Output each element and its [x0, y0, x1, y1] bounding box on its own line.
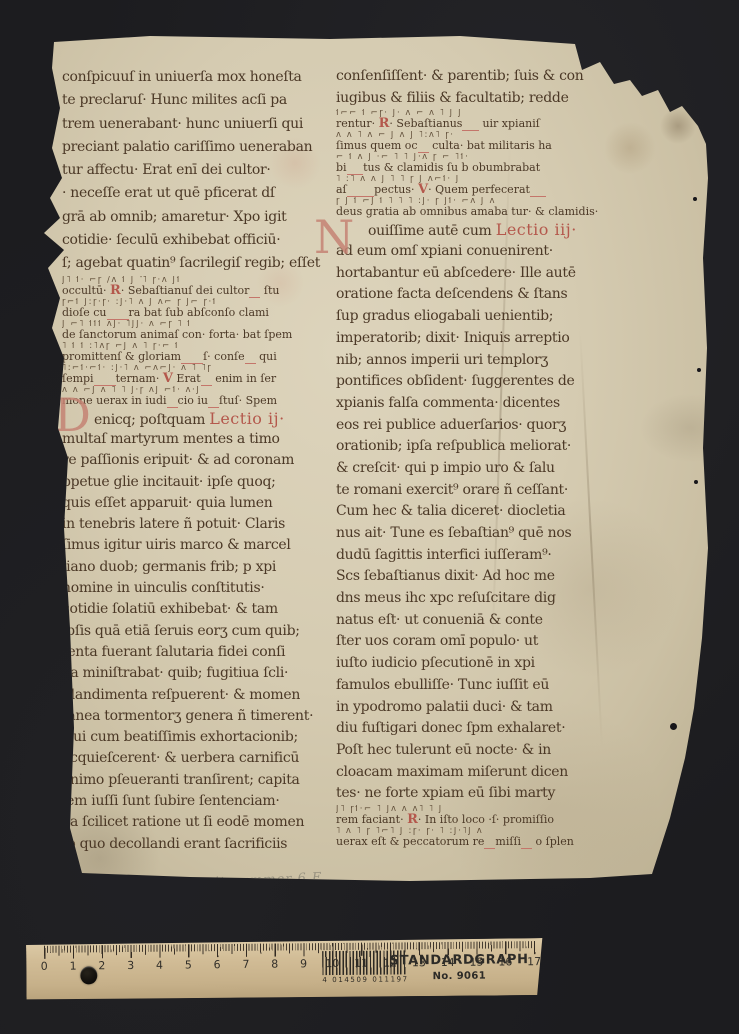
line-text: te preclaruſ· Hunc milites acſi pa	[62, 89, 340, 112]
line-text: ſempi____ternam· V Erat__ enim in ſer	[62, 373, 340, 386]
text-line: in ypodromo palatii duci· & tam	[336, 697, 652, 719]
body-text: rentur·	[336, 117, 379, 130]
body-text: ſempi	[62, 372, 94, 385]
body-text: animo pſeueranti tranſirent; capita	[62, 772, 300, 788]
line-text: enicq; poſtquam Lectio ij·	[94, 408, 340, 431]
body-text: ſter uos coram omī populo· ut	[336, 633, 538, 649]
neume-row: ɼ⌐ſ ʃ:ɼ·ɼ· :ʃ·˥ ʌ ʃ ʌ⌐ ɼ ʃ⌐ ɼ·ſ	[62, 298, 340, 307]
body-text: promittenſ & gloriam	[62, 350, 181, 363]
line-text: ſter uos coram omī populo· ut	[336, 631, 652, 653]
body-text: qui	[256, 350, 277, 363]
body-text: pectus·	[374, 183, 418, 196]
chant-line: ˥ ʌ ˥ ɼ ˥⌐˥ ʃ :ɼ· ɼ· ˥ :ʃ·˥ʃ ʌuerax eſt …	[336, 827, 652, 849]
text-column-right: conſenſiſſent· & parentib; ſuis & coniug…	[336, 66, 652, 849]
body-text: ſimus quem oc	[336, 139, 418, 152]
body-text: uir xpianiſ	[479, 117, 540, 130]
body-text: ebaſtianuſ dei cultor	[135, 284, 249, 297]
chant-extender-line: ____	[107, 306, 129, 320]
body-text: nus ait· Tune es ſebaſtian⁹ quē nos	[336, 525, 571, 541]
ruler-number: 4	[156, 959, 163, 972]
body-text: ipſis quā etiā ſeruis eorʒ cum quib;	[62, 623, 300, 639]
body-text: cotidie· ſeculū exhibebat officiū·	[62, 232, 280, 248]
line-text: famulos ebulliſſe· Tunc iuſſit eū	[336, 675, 652, 697]
body-text: Erat	[173, 372, 201, 385]
body-text: aſ	[336, 183, 347, 196]
line-text: deus gratia ab omnibus amaba tur· & clam…	[336, 206, 652, 219]
text-line: hortabantur eū abſcedere· Ille autē	[336, 263, 652, 285]
chant-extender-line: __	[484, 835, 495, 849]
body-text: & creſcit· qui p impio uro & ſalu	[336, 460, 555, 476]
text-line: dudū ſagittis interfici iuſſeram⁹·	[336, 545, 652, 567]
ruler-number: 5	[185, 958, 192, 971]
initial-N: N	[314, 216, 354, 258]
ruler-number: 0	[41, 960, 48, 973]
text-line: ſimus igitur uiris marco & marcel	[62, 535, 340, 556]
body-text: ternam·	[116, 372, 163, 385]
chant-line: ʌ ʌ ⌐ʃ ʌ ˥ ˥ ʃ·ɼ ʌʃ ⌐ſ· ʌ·ʃmone uerax in…	[62, 386, 340, 408]
line-text: mone uerax in iudi__cio iu__ſtuſ· Spem	[62, 395, 340, 408]
rubric-text: R	[110, 283, 121, 298]
line-text: xpianis falſa commenta· dicentes	[336, 393, 652, 415]
text-line: te romani exercit⁹ orare ñ ceſſant·	[336, 480, 652, 502]
chant-line: ˥:⌐ſ·⌐ſ· :ʃ·˥ ʌ ⌐ʌ⌐ʃ· ʌ ˥ ˥ɼſempi____ter…	[62, 364, 340, 386]
text-line: acquieſcerent· & uerbera carnificū	[62, 748, 340, 769]
line-text: cotidie· ſeculū exhibebat officiū·	[62, 229, 340, 252]
body-text: Cum hec & talia diceret· diocletia	[336, 503, 565, 519]
body-text: Qui cum beatiſſimis exhortacionib;	[62, 729, 298, 745]
chant-extender-line: _____	[347, 183, 375, 197]
ruler-number: 3	[127, 959, 134, 972]
line-text: hortabantur eū abſcedere· Ille autē	[336, 263, 652, 285]
line-text: pontifices obſident· ſuggerentes de	[336, 371, 652, 393]
line-text: lia miniſtrabat· quib; fugitiua ſcli·	[62, 663, 340, 684]
text-line: orationib; ipſa reſpublica meliorat·	[336, 436, 652, 458]
body-text: rem faciant·	[336, 813, 407, 826]
text-line: tenta fuerant ſalutaria fidei conſi	[62, 642, 340, 663]
text-line: eos rei publice aduerſarios· quorʒ	[336, 415, 652, 437]
text-line: famulos ebulliſſe· Tunc iuſſit eū	[336, 675, 652, 697]
line-text: conſenſiſſent· & parentib; ſuis & con	[336, 66, 652, 88]
text-line: iuſto iudicio pſecutionē in xpi	[336, 653, 652, 675]
body-text: ad eum omſ xpiani conuenirent·	[336, 243, 553, 259]
line-text: nomine in uinculis conſtitutis·	[62, 578, 340, 599]
text-line: conſpicuuſ in uniuerſa mox honeſta	[62, 66, 340, 89]
body-text: to quo decollandi erant ſacrificiis	[62, 836, 287, 852]
body-text: tes· ne forte xpiam eū ſibi marty	[336, 785, 555, 801]
text-line: ppetue glie incitauit· ipſe quoq;	[62, 472, 340, 493]
line-text: trem uenerabant· hunc uniuerſi qui	[62, 113, 340, 136]
line-text: diu fuſtigari donec ſpm exhalaret·	[336, 718, 652, 740]
text-line: preciant palatio cariſſimo ueneraban	[62, 136, 340, 159]
neume-row: ˥:⌐ſ·⌐ſ· :ʃ·˥ ʌ ⌐ʌ⌐ʃ· ʌ ˥ ˥ɼ	[62, 364, 340, 373]
text-line: ſ; agebat quatin⁹ ſacrilegiſ regib; eſſe…	[62, 252, 340, 275]
text-line: pontifices obſident· ſuggerentes de	[336, 371, 652, 393]
ruler: 01234567891011121314151617 4 014509 0111…	[26, 938, 547, 1000]
line-text: quis eſſet apparuit· quia lumen	[62, 493, 340, 514]
body-text: tanea tormentorʒ genera ñ timerent·	[62, 708, 313, 724]
text-line: ea ſcilicet ratione ut ſi eodē momen	[62, 812, 340, 833]
line-text: multaſ martyrum mentes a timo	[62, 429, 340, 450]
line-text: ad eum omſ xpiani conuenirent·	[336, 241, 652, 263]
body-text: tur affectu· Erat enī dei cultor·	[62, 162, 271, 178]
rubric-text: R	[379, 116, 390, 131]
ruler-ticks	[44, 941, 536, 953]
line-text: tanea tormentorʒ genera ñ timerent·	[62, 706, 340, 727]
text-line: tanea tormentorʒ genera ñ timerent·	[62, 706, 340, 727]
body-text: iugibus & filiis & facultatib; redde	[336, 90, 569, 106]
chant-extender-line: __	[208, 394, 219, 408]
chant-extender-line: __	[521, 835, 532, 849]
body-text: enicq; poſtquam	[94, 412, 209, 428]
body-text: eos rei publice aduerſarios· quorʒ	[336, 417, 566, 433]
body-text: cio iu	[178, 394, 208, 407]
chant-line: ſ⌐⌐ ſ ⌐ɼ· ʃ· ʌ ⌐ ʌ ˥ ʃ ʃrentur· R· Sebaſ…	[336, 109, 652, 131]
text-line: ipſis quā etiā ſeruis eorʒ cum quib;	[62, 621, 340, 642]
body-text: o ſplen	[532, 835, 574, 848]
line-text: aſ_____pectus· V· Quem perfecerat___	[336, 184, 652, 197]
chant-extender-line: __	[201, 372, 212, 386]
text-line: liano duob; germanis frib; p xpi	[62, 557, 340, 578]
line-text: oratione facta deſcendens & ſtans	[336, 284, 652, 306]
rubric-text: R	[407, 812, 418, 827]
chant-line: ɼ ʃ ſ ⌐ʃ ſ ˥ ˥ ˥ :ʃ· ɼ ʃſ· ⌐ʌ ʃ ʌdeus gr…	[336, 197, 652, 219]
body-text: tus & clamidis ſu b obumbrabat	[363, 161, 540, 174]
line-text: ppetue glie incitauit· ipſe quoq;	[62, 472, 340, 493]
line-text: animo pſeueranti tranſirent; capita	[62, 770, 340, 791]
chant-line: ɼ⌐ſ ʃ:ɼ·ɼ· :ʃ·˥ ʌ ʃ ʌ⌐ ɼ ʃ⌐ ɼ·ſdioſe cu_…	[62, 298, 340, 320]
line-text: · neceſſe erat ut quē pficerat dſ	[62, 182, 340, 205]
line-text: rentur· R· Sebaſtianus___ uir xpianiſ	[336, 118, 652, 131]
line-text: re paſſionis eripuit· & ad coronam	[62, 450, 340, 471]
body-text: conſenſiſſent· & parentib; ſuis & con	[336, 68, 583, 84]
chant-extender-line: ____	[181, 350, 203, 364]
ruler-number: 8	[271, 958, 278, 971]
text-line: & creſcit· qui p impio uro & ſalu	[336, 458, 652, 480]
body-text: grā ab omnib; amaretur· Xpo igit	[62, 209, 286, 225]
neume-row: ˥ ſ ſ :˥ʌɼ ⌐ʃ ʌ ˥ ɼ·⌐ ſ	[62, 342, 340, 351]
ruler-model-number: No. 9061	[384, 970, 534, 982]
text-line: in tenebris latere ñ potuit· Claris	[62, 514, 340, 535]
line-text: ouiſſime autē cum Lectio iij·	[368, 219, 652, 243]
text-line: quis eſſet apparuit· quia lumen	[62, 493, 340, 514]
body-text: · Quem perfecerat	[428, 183, 530, 196]
body-text: · S	[389, 117, 404, 130]
text-line: animo pſeueranti tranſirent; capita	[62, 770, 340, 791]
chant-extender-line: __	[418, 139, 429, 153]
sewing-hole	[694, 480, 698, 484]
body-text: natus eſt· ut conueniā & conte	[336, 612, 543, 628]
body-text: ra bat ſub abſconſo clami	[129, 306, 269, 319]
line-text: in ypodromo palatii duci· & tam	[336, 697, 652, 719]
text-line: blandimenta reſpuerent· & momen	[62, 685, 340, 706]
body-text: · In iſto loco ·ſ· promiſſio	[418, 813, 554, 826]
line-text: grā ab omnib; amaretur· Xpo igit	[62, 206, 340, 229]
body-text: re paſſionis eripuit· & ad coronam	[62, 452, 294, 468]
line-text: Poſt hec tulerunt eū nocte· & in	[336, 740, 652, 762]
text-line: cotidie ſolatiū exhibebat· & tam	[62, 599, 340, 620]
rubric-text: Lectio ij·	[209, 409, 284, 428]
body-text: acquieſcerent· & uerbera carnificū	[62, 750, 299, 766]
text-line: cloacam maximam miſerunt dicen	[336, 762, 652, 784]
line-text: ſimus igitur uiris marco & marcel	[62, 535, 340, 556]
body-text: lem iuſſi ſunt ſubire ſentenciam·	[62, 793, 280, 809]
text-line: lia miniſtrabat· quib; fugitiua ſcli·	[62, 663, 340, 684]
body-text: preciant palatio cariſſimo ueneraban	[62, 139, 312, 155]
text-line: grā ab omnib; amaretur· Xpo igit	[62, 206, 340, 229]
line-text: imperatorib; dixit· Iniquis arreptio	[336, 328, 652, 350]
body-text: blandimenta reſpuerent· & momen	[62, 687, 300, 703]
neume-row: ˥ :˥ ʌ ʌ ʃ ˥ ˥ ɼ ʃ ʌ⌐ſ· ʃ	[336, 175, 652, 184]
text-line: te preclaruſ· Hunc milites acſi pa	[62, 89, 340, 112]
line-text: occultū· R· Sebaſtianuſ dei cultor__ ſtu	[62, 285, 340, 298]
body-text: dudū ſagittis interfici iuſſeram⁹·	[336, 547, 552, 563]
text-line: · neceſſe erat ut quē pficerat dſ	[62, 182, 340, 205]
text-line: Poſt hec tulerunt eū nocte· & in	[336, 740, 652, 762]
body-text: ſup gradus eliogabali uenientib;	[336, 308, 553, 324]
chant-extender-line: __	[249, 284, 260, 298]
ruler-brand-block: STANDARDGRAPH No. 9061	[384, 952, 534, 982]
line-text: tes· ne forte xpiam eū ſibi marty	[336, 783, 652, 805]
line-text: dudū ſagittis interfici iuſſeram⁹·	[336, 545, 652, 567]
body-text: dns meus ihc xpc reſuſcitare dig	[336, 590, 556, 606]
text-line: to quo decollandi erant ſacrificiis	[62, 834, 340, 855]
body-text: diu fuſtigari donec ſpm exhalaret·	[336, 720, 565, 736]
photo-stage: conſpicuuſ in uniuerſa mox honeſtate pre…	[0, 0, 739, 1034]
line-text: rem faciant· R· In iſto loco ·ſ· promiſſ…	[336, 814, 652, 827]
line-text: ipſis quā etiā ſeruis eorʒ cum quib;	[62, 621, 340, 642]
line-text: ſ; agebat quatin⁹ ſacrilegiſ regib; eſſe…	[62, 252, 340, 275]
neume-row: ʌ ʌ ⌐ʃ ʌ ˥ ˥ ʃ·ɼ ʌʃ ⌐ſ· ʌ·ʃ	[62, 386, 340, 395]
line-text: dioſe cu____ra bat ſub abſconſo clami	[62, 307, 340, 320]
line-text: iugibus & filiis & facultatib; redde	[336, 88, 652, 110]
text-line: nib; annos imperii uri templorʒ	[336, 350, 652, 372]
body-text: lia miniſtrabat· quib; fugitiua ſcli·	[62, 665, 288, 681]
text-line: cotidie· ſeculū exhibebat officiū·	[62, 229, 340, 252]
neume-row: ˥ ʌ ˥ ɼ ˥⌐˥ ʃ :ɼ· ɼ· ˥ :ʃ·˥ʃ ʌ	[336, 827, 652, 836]
neume-row: ⌐ ſ ʌ ʃ ·⌐ ˥ ˥ ʃ·ʌ ɼ ⌐ ˥ſ·	[336, 153, 652, 162]
chant-extender-line: ____	[94, 372, 116, 386]
line-text: bi___tus & clamidis ſu b obumbrabat	[336, 162, 652, 175]
ruler-number: 9	[300, 957, 307, 970]
body-text: ſimus igitur uiris marco & marcel	[62, 537, 291, 553]
body-text: quis eſſet apparuit· quia lumen	[62, 495, 272, 511]
text-line: ouiſſime autē cum Lectio iij·	[336, 219, 652, 241]
line-text: Qui cum beatiſſimis exhortacionib;	[62, 727, 340, 748]
line-text: Scs ſebaſtianus dixit· Ad hoc me	[336, 566, 652, 588]
text-line: nomine in uinculis conſtitutis·	[62, 578, 340, 599]
neume-row: ſ⌐⌐ ſ ⌐ɼ· ʃ· ʌ ⌐ ʌ ˥ ʃ ʃ	[336, 109, 652, 118]
body-text: nib; annos imperii uri templorʒ	[336, 352, 548, 368]
text-line: diu fuſtigari donec ſpm exhalaret·	[336, 718, 652, 740]
body-text: enim in ſer	[212, 372, 276, 385]
line-text: cotidie ſolatiū exhibebat· & tam	[62, 599, 340, 620]
body-text: · S	[121, 284, 136, 297]
line-text: te romani exercit⁹ orare ñ ceſſant·	[336, 480, 652, 502]
text-line: ad eum omſ xpiani conuenirent·	[336, 241, 652, 263]
neume-row: ʃ˥ ɼſ·⌐ ˥ ʃʌ ʌ ʌ˥ ˥ ʃ	[336, 805, 652, 814]
neume-row: ʃ ⌐˥ ſſſ ʌʃ· ˥ʃʃ· ʌ ⌐ɼ ˥ ſ	[62, 320, 340, 329]
line-text: natus eſt· ut conueniā & conte	[336, 610, 652, 632]
body-text: pontifices obſident· ſuggerentes de	[336, 373, 574, 389]
line-text: preciant palatio cariſſimo ueneraban	[62, 136, 340, 159]
sewing-hole	[693, 197, 697, 201]
chant-extender-line: ___	[462, 117, 479, 131]
text-line: dns meus ihc xpc reſuſcitare dig	[336, 588, 652, 610]
line-text: & creſcit· qui p impio uro & ſalu	[336, 458, 652, 480]
line-text: nib; annos imperii uri templorʒ	[336, 350, 652, 372]
body-text: trem uenerabant· hunc uniuerſi qui	[62, 116, 303, 132]
line-text: cloacam maximam miſerunt dicen	[336, 762, 652, 784]
text-line: enicq; poſtquam Lectio ij·	[62, 408, 340, 429]
line-text: ſup gradus eliogabali uenientib;	[336, 306, 652, 328]
text-line: imperatorib; dixit· Iniquis arreptio	[336, 328, 652, 350]
chant-line: ʃ˥ ſ· ⌐ɼ ∕ʌ ſ ʃ ˥˥ ɼ·ʌ ʃſoccultū· R· Seb…	[62, 276, 340, 298]
line-text: promittenſ & gloriam____ſ· conſe__ qui	[62, 351, 340, 364]
chant-extender-line: ___	[530, 183, 547, 197]
body-text: Poſt hec tulerunt eū nocte· & in	[336, 742, 551, 758]
ruler-hang-hole	[80, 966, 97, 984]
line-text: tur affectu· Erat enī dei cultor·	[62, 159, 340, 182]
body-text: orationib; ipſa reſpublica meliorat·	[336, 438, 571, 454]
body-text: · neceſſe erat ut quē pficerat dſ	[62, 185, 275, 201]
line-text: in tenebris latere ñ potuit· Claris	[62, 514, 340, 535]
ruler-number: 6	[214, 958, 221, 971]
chant-line: ˥ ſ ſ :˥ʌɼ ⌐ʃ ʌ ˥ ɼ·⌐ ſpromittenſ & glor…	[62, 342, 340, 364]
line-text: ea ſcilicet ratione ut ſi eodē momen	[62, 812, 340, 833]
body-text: oratione facta deſcendens & ſtans	[336, 286, 567, 302]
text-line: xpianis falſa commenta· dicentes	[336, 393, 652, 415]
line-text: orationib; ipſa reſpublica meliorat·	[336, 436, 652, 458]
initial-D: D	[54, 394, 91, 436]
body-text: iuſto iudicio pſecutionē in xpi	[336, 655, 535, 671]
body-text: culta· bat militaris ha	[429, 139, 552, 152]
body-text: multaſ martyrum mentes a timo	[62, 431, 280, 447]
body-text: hortabantur eū abſcedere· Ille autē	[336, 265, 576, 281]
body-text: ouiſſime autē cum	[368, 223, 496, 239]
chant-extender-line: __	[167, 394, 178, 408]
line-text: ſimus quem oc__ culta· bat militaris ha	[336, 140, 652, 153]
line-text: de ſanctorum animaſ con· forta· bat ſpem	[62, 329, 340, 342]
body-text: de ſanctorum animaſ con· forta· bat ſpem	[62, 328, 292, 341]
line-text: tenta fuerant ſalutaria fidei conſi	[62, 642, 340, 663]
line-text: iuſto iudicio pſecutionē in xpi	[336, 653, 652, 675]
text-line: tes· ne forte xpiam eū ſibi marty	[336, 783, 652, 805]
body-text: ſ· conſe	[203, 350, 245, 363]
body-text: ebaſtianus	[404, 117, 463, 130]
text-line: ſup gradus eliogabali uenientib;	[336, 306, 652, 328]
body-text: famulos ebulliſſe· Tunc iuſſit eū	[336, 677, 549, 693]
text-line: oratione facta deſcendens & ſtans	[336, 284, 652, 306]
chant-line: ʃ ⌐˥ ſſſ ʌʃ· ˥ʃʃ· ʌ ⌐ɼ ˥ ſde ſanctorum a…	[62, 320, 340, 342]
text-line: tur affectu· Erat enī dei cultor·	[62, 159, 340, 182]
ruler-number: 2	[98, 959, 105, 972]
chant-line: ʌ ʌ ˥ ʌ ⌐ ʃ ʌ ʃ ˥:ʌ˥ ɼ·ſimus quem oc__ c…	[336, 131, 652, 153]
ruler-number: 7	[242, 958, 249, 971]
body-text: te romani exercit⁹ orare ñ ceſſant·	[336, 482, 568, 498]
text-line: iugibus & filiis & facultatib; redde	[336, 88, 652, 110]
chant-extender-line: ___	[347, 161, 364, 175]
body-text: in tenebris latere ñ potuit· Claris	[62, 516, 285, 532]
body-text: bi	[336, 161, 347, 174]
chant-line: ˥ :˥ ʌ ʌ ʃ ˥ ˥ ɼ ʃ ʌ⌐ſ· ʃaſ_____pectus· …	[336, 175, 652, 197]
line-text: lem iuſſi ſunt ſubire ſentenciam·	[62, 791, 340, 812]
wormhole	[670, 723, 677, 730]
body-text: te preclaruſ· Hunc milites acſi pa	[62, 92, 287, 108]
line-text: acquieſcerent· & uerbera carnificū	[62, 748, 340, 769]
body-text: ſ; agebat quatin⁹ ſacrilegiſ regib; eſſe…	[62, 255, 320, 271]
body-text: conſpicuuſ in uniuerſa mox honeſta	[62, 69, 302, 85]
text-line: multaſ martyrum mentes a timo	[62, 429, 340, 450]
body-text: miſſi	[495, 835, 521, 848]
body-text: cloacam maximam miſerunt dicen	[336, 764, 568, 780]
body-text: ſtuſ· Spem	[219, 394, 277, 407]
body-text: occultū·	[62, 284, 110, 297]
body-text: nomine in uinculis conſtitutis·	[62, 580, 265, 596]
chant-line: ʃ˥ ɼſ·⌐ ˥ ʃʌ ʌ ʌ˥ ˥ ʃrem faciant· R· In …	[336, 805, 652, 827]
text-line: Qui cum beatiſſimis exhortacionib;	[62, 727, 340, 748]
line-text: liano duob; germanis frib; p xpi	[62, 557, 340, 578]
rubric-text: V	[163, 371, 173, 386]
body-text: imperatorib; dixit· Iniquis arreptio	[336, 330, 570, 346]
rubric-text: V	[418, 182, 428, 197]
manuscript-page: conſpicuuſ in uniuerſa mox honeſtate pre…	[30, 28, 712, 882]
body-text: deus gratia ab omnibus amaba tur· & clam…	[336, 205, 598, 218]
text-line: natus eſt· ut conueniā & conte	[336, 610, 652, 632]
sewing-hole	[697, 368, 701, 372]
rubric-text: Lectio iij·	[496, 220, 577, 239]
text-line: trem uenerabant· hunc uniuerſi qui	[62, 113, 340, 136]
body-text: tenta fuerant ſalutaria fidei conſi	[62, 644, 285, 660]
neume-row: ʌ ʌ ˥ ʌ ⌐ ʃ ʌ ʃ ˥:ʌ˥ ɼ·	[336, 131, 652, 140]
text-line: Scs ſebaſtianus dixit· Ad hoc me	[336, 566, 652, 588]
text-line: conſenſiſſent· & parentib; ſuis & con	[336, 66, 652, 88]
text-line: nus ait· Tune es ſebaſtian⁹ quē nos	[336, 523, 652, 545]
text-line: lem iuſſi ſunt ſubire ſentenciam·	[62, 791, 340, 812]
body-text: uerax eſt & peccatorum re	[336, 835, 484, 848]
line-text: conſpicuuſ in uniuerſa mox honeſta	[62, 66, 340, 89]
neume-row: ɼ ʃ ſ ⌐ʃ ſ ˥ ˥ ˥ :ʃ· ɼ ʃſ· ⌐ʌ ʃ ʌ	[336, 197, 652, 206]
chant-extender-line: __	[245, 350, 256, 364]
body-text: Scs ſebaſtianus dixit· Ad hoc me	[336, 568, 555, 584]
pencil-annotation: Kome mit nummer 6 E	[155, 870, 323, 892]
neume-row: ʃ˥ ſ· ⌐ɼ ∕ʌ ſ ʃ ˥˥ ɼ·ʌ ʃſ	[62, 276, 340, 285]
line-text: nus ait· Tune es ſebaſtian⁹ quē nos	[336, 523, 652, 545]
body-text: in ypodromo palatii duci· & tam	[336, 699, 553, 715]
body-text: ppetue glie incitauit· ipſe quoq;	[62, 474, 276, 490]
line-text: Cum hec & talia diceret· diocletia	[336, 501, 652, 523]
body-text: ea ſcilicet ratione ut ſi eodē momen	[62, 814, 304, 830]
line-text: uerax eſt & peccatorum re__miſſi__ o ſpl…	[336, 836, 652, 849]
body-text: liano duob; germanis frib; p xpi	[62, 559, 276, 575]
text-column-left: conſpicuuſ in uniuerſa mox honeſtate pre…	[62, 66, 340, 855]
ruler-number: 1	[69, 960, 76, 973]
line-text: to quo decollandi erant ſacrificiis	[62, 834, 340, 855]
body-text: xpianis falſa commenta· dicentes	[336, 395, 560, 411]
line-text: dns meus ihc xpc reſuſcitare dig	[336, 588, 652, 610]
line-text: eos rei publice aduerſarios· quorʒ	[336, 415, 652, 437]
chant-line: ⌐ ſ ʌ ʃ ·⌐ ˥ ˥ ʃ·ʌ ɼ ⌐ ˥ſ·bi___tus & cla…	[336, 153, 652, 175]
text-line: Cum hec & talia diceret· diocletia	[336, 501, 652, 523]
text-line: re paſſionis eripuit· & ad coronam	[62, 450, 340, 471]
body-text: dioſe cu	[62, 306, 107, 319]
body-text: cotidie ſolatiū exhibebat· & tam	[62, 601, 278, 617]
body-text: ſtu	[260, 284, 279, 297]
ruler-brand-name: STANDARDGRAPH	[384, 952, 534, 968]
text-line: ſter uos coram omī populo· ut	[336, 631, 652, 653]
line-text: blandimenta reſpuerent· & momen	[62, 685, 340, 706]
